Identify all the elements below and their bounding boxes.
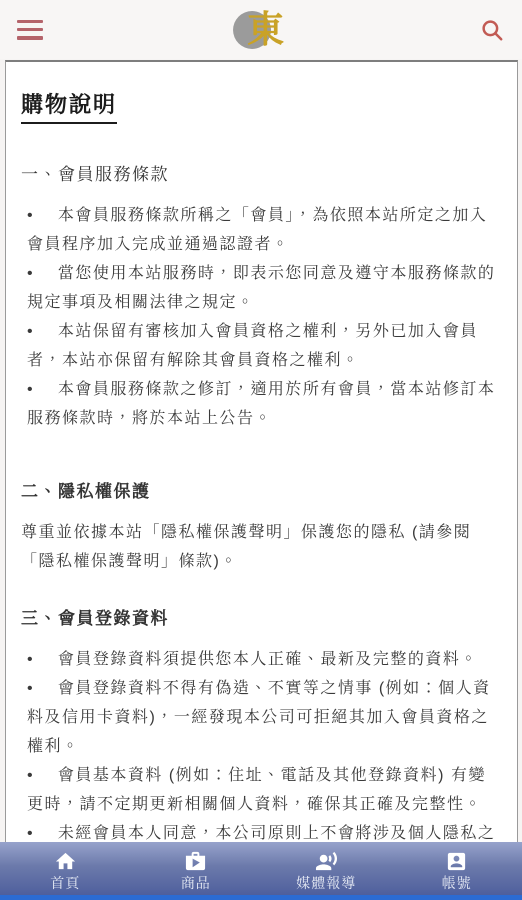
logo-character: 東 [247, 9, 284, 51]
app-header: 東 [0, 0, 522, 59]
nav-item-products[interactable]: 商品 [131, 846, 262, 891]
nav-item-media[interactable]: 媒體報導 [261, 846, 392, 891]
bullet-item: 本會員服務條款所稱之「會員」，為依照本站所定之加入會員程序加入完成並通過認證者。 [27, 201, 502, 259]
nav-item-account[interactable]: 帳號 [392, 846, 522, 891]
site-logo[interactable]: 東 [225, 9, 287, 53]
section-privacy: 二、隱私權保護 尊重並依據本站「隱私權保護聲明」保護您的隱私 (請參閱「隱私權保… [21, 477, 502, 576]
nav-bottom-strip [0, 895, 522, 900]
section-heading: 一、會員服務條款 [21, 160, 502, 185]
nav-item-home[interactable]: 首頁 [0, 846, 131, 891]
section-heading: 三、會員登錄資料 [21, 604, 502, 629]
section-heading: 二、隱私權保護 [21, 477, 502, 502]
bullet-item: 會員登錄資料須提供您本人正確、最新及完整的資料。 [27, 645, 502, 674]
bullet-item: 當您使用本站服務時，即表示您同意及遵守本服務條款的規定事項及相關法律之規定。 [27, 259, 502, 317]
nav-label: 商品 [181, 876, 211, 891]
section-member-terms: 一、會員服務條款 本會員服務條款所稱之「會員」，為依照本站所定之加入會員程序加入… [21, 160, 502, 433]
shop-icon [184, 850, 207, 873]
bullet-list: 本會員服務條款所稱之「會員」，為依照本站所定之加入會員程序加入完成並通過認證者。… [21, 201, 502, 433]
menu-icon[interactable] [17, 20, 43, 40]
nav-label: 媒體報導 [296, 876, 356, 891]
nav-label: 帳號 [442, 876, 472, 891]
content-card: 購物說明 一、會員服務條款 本會員服務條款所稱之「會員」，為依照本站所定之加入會… [5, 60, 518, 900]
record-voice-over-icon [315, 850, 338, 873]
home-icon [54, 850, 77, 873]
bullet-item: 會員登錄資料不得有偽造、不實等之情事 (例如：個人資料及信用卡資料)，一經發現本… [27, 674, 502, 761]
bottom-navigation: 首頁 商品 媒體報導 帳號 [0, 842, 522, 900]
nav-label: 首頁 [50, 876, 80, 891]
section-paragraph: 尊重並依據本站「隱私權保護聲明」保護您的隱私 (請參閱「隱私權保護聲明」條款)。 [21, 518, 502, 576]
bullet-item: 本會員服務條款之修訂，適用於所有會員，當本站修訂本服務條款時，將於本站上公告。 [27, 375, 502, 433]
search-icon[interactable] [479, 17, 505, 43]
bullet-item: 會員基本資料 (例如：住址、電話及其他登錄資料) 有變更時，請不定期更新相關個人… [27, 761, 502, 819]
page-title: 購物說明 [21, 88, 117, 124]
account-box-icon [445, 850, 468, 873]
bullet-item: 本站保留有審核加入會員資格之權利，另外已加入會員者，本站亦保留有解除其會員資格之… [27, 317, 502, 375]
